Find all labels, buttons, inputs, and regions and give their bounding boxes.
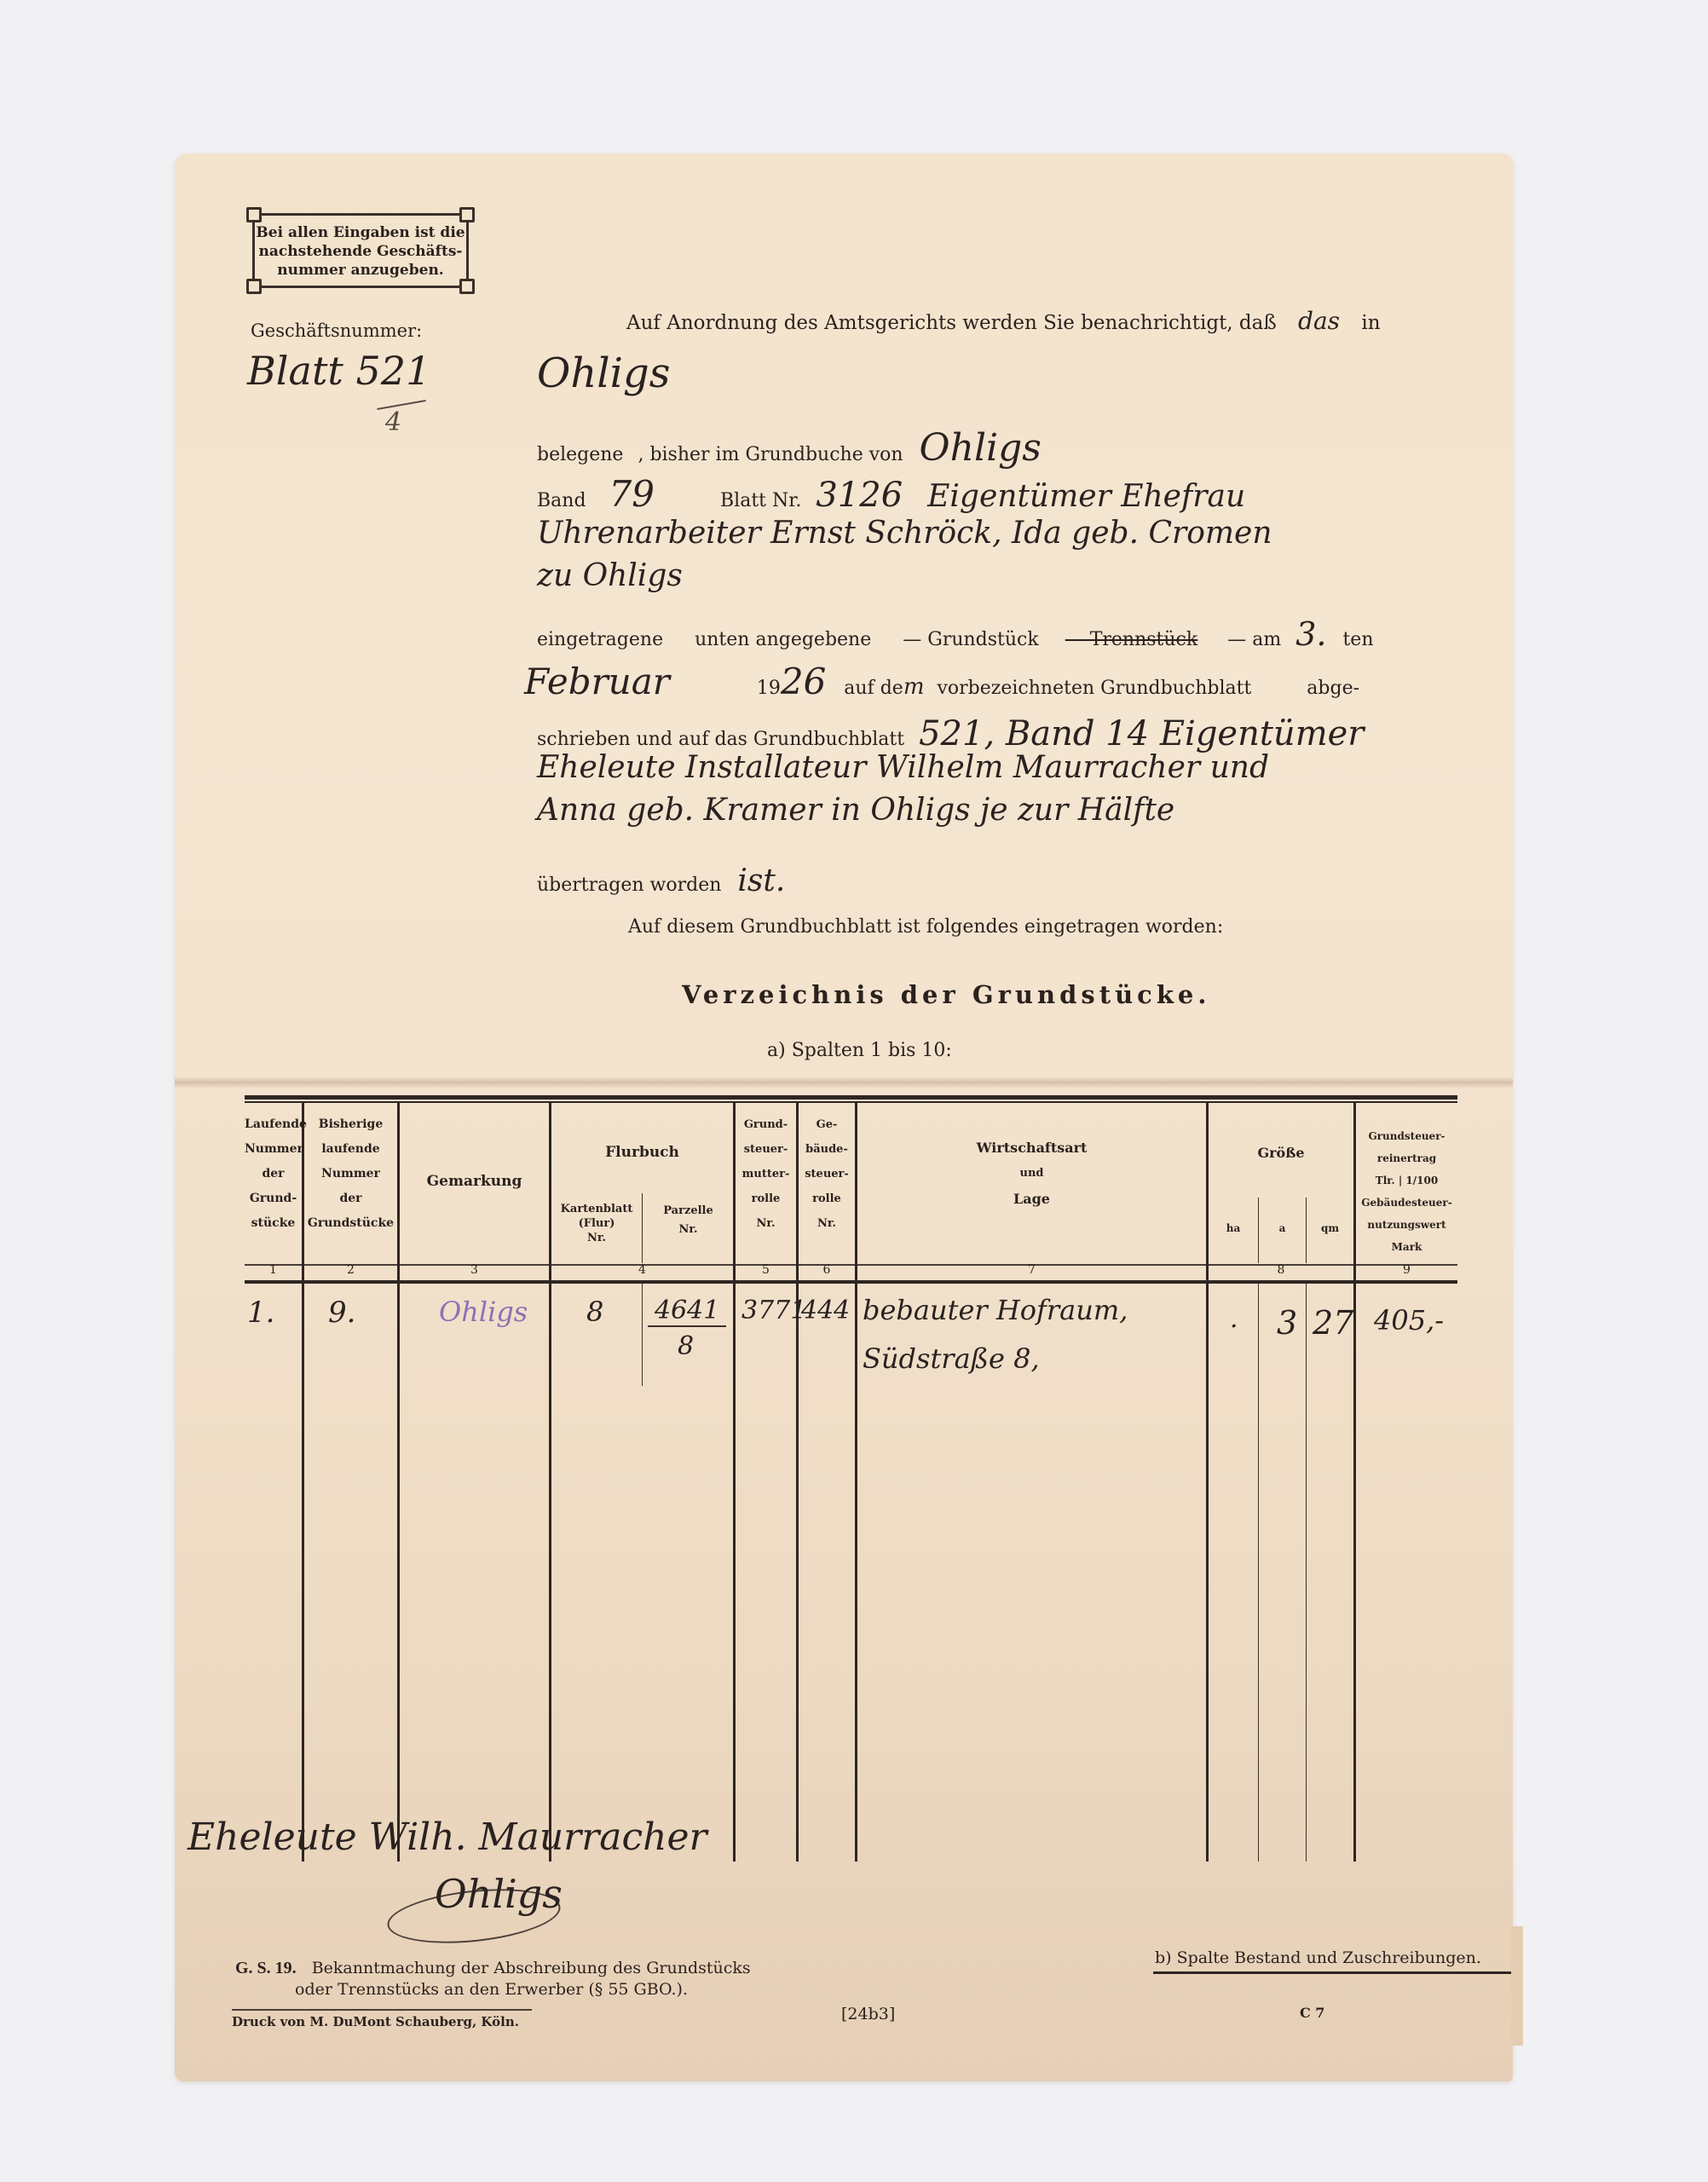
month-hand: Februar xyxy=(524,661,670,702)
header-text: der xyxy=(304,1186,397,1211)
header-kartenblatt: Kartenblatt (Flur) Nr. xyxy=(551,1202,642,1245)
form-code-block: G. S. 19.Bekanntmachung der Abschreibung… xyxy=(235,1958,751,2000)
column-number: 7 xyxy=(857,1263,1206,1277)
notice-line: nummer anzugeben. xyxy=(255,261,466,280)
printer-imprint: Druck von M. DuMont Schauberg, Köln. xyxy=(232,2014,519,2029)
form-code: G. S. 19. xyxy=(235,1959,297,1977)
cell-wirtschaftsart: bebauter Hofraum, xyxy=(863,1294,1128,1326)
auf-de-hand: m xyxy=(903,674,925,700)
header-a: a xyxy=(1259,1216,1306,1241)
form-reference: [24b3] xyxy=(841,2005,895,2023)
header-gebaeudesteuerrolle: Ge- bäude- steuer- rolle Nr. xyxy=(799,1112,855,1236)
eingetragene-line: eingetragene unten angegebene — Grundstü… xyxy=(537,615,1374,653)
column-divider xyxy=(397,1103,400,1862)
subcolumn-divider xyxy=(642,1193,643,1263)
header-text: (Flur) xyxy=(551,1216,642,1231)
grundbuch-hand: Ohligs xyxy=(920,426,1042,470)
header-text: Mark xyxy=(1356,1236,1457,1258)
table-rule xyxy=(245,1280,1457,1284)
header-text: bäude- xyxy=(799,1137,855,1162)
blatt-value: 3126 xyxy=(816,476,903,515)
header-text: Laufende xyxy=(245,1112,302,1137)
cell-a: 3 xyxy=(1277,1304,1297,1342)
form-title: Bekanntmachung der Abschreibung des Grun… xyxy=(312,1959,751,1977)
spalte-b-rule xyxy=(1153,1971,1511,1974)
header-flurbuch: Flurbuch xyxy=(551,1140,733,1165)
table-rule xyxy=(245,1101,1457,1103)
torn-edge xyxy=(1511,1926,1523,2046)
option-grundstueck: — Grundstück xyxy=(903,629,1038,650)
column-number: 6 xyxy=(799,1263,855,1277)
band-line: Band 79 Blatt Nr. 3126 Eigentümer Ehefra… xyxy=(537,473,1245,515)
year-print: 19 xyxy=(757,678,781,699)
cell-qm: 27 xyxy=(1313,1304,1353,1342)
abge-label: abge- xyxy=(1307,678,1359,699)
header-text: Nr. xyxy=(551,1231,642,1245)
form-title: oder Trennstücks an den Erwerber (§ 55 G… xyxy=(235,1979,751,2000)
column-number: 9 xyxy=(1356,1263,1457,1277)
box-corner xyxy=(246,207,262,222)
header-text: Nr. xyxy=(643,1221,733,1239)
blatt-label: Blatt Nr. xyxy=(720,490,801,511)
section-title: Verzeichnis der Grundstücke. xyxy=(682,980,1210,1009)
header-wirtschaftsart: Wirtschaftsart und Lage xyxy=(857,1135,1206,1212)
header-text: Nr. xyxy=(799,1211,855,1236)
notice-line: nachstehende Geschäfts- xyxy=(255,242,466,261)
vorbez-label: vorbezeichneten Grundbuchblatt xyxy=(937,678,1251,699)
header-text: Lage xyxy=(857,1186,1206,1212)
header-text: mutter- xyxy=(736,1162,796,1186)
eingetragen-line: Auf diesem Grundbuchblatt ist folgendes … xyxy=(628,916,1223,938)
box-corner xyxy=(459,279,475,294)
date-line: Februar 1926 auf dem vorbezeichneten Gru… xyxy=(524,661,1359,702)
spalte-b-label: b) Spalte Bestand und Zuschreibungen. xyxy=(1155,1948,1481,1967)
column-number: 2 xyxy=(304,1263,397,1277)
box-corner xyxy=(246,279,262,294)
column-number: 1 xyxy=(245,1263,302,1277)
header-laufende-nummer: Laufende Nummer der Grund- stücke xyxy=(245,1112,302,1236)
header-ertrag: Grundsteuer- reinertrag Tlr. | 1/100 Geb… xyxy=(1356,1125,1457,1258)
header-text: Parzelle xyxy=(643,1202,733,1221)
geschaeftsnummer-value: Blatt 521 xyxy=(247,348,430,394)
owner-hand: Uhrenarbeiter Ernst Schröck, Ida geb. Cr… xyxy=(537,516,1272,551)
header-text: Nummer xyxy=(245,1137,302,1162)
header-text: Ge- xyxy=(799,1112,855,1137)
new-owner-hand: Anna geb. Kramer in Ohligs je zur Hälfte xyxy=(537,793,1174,828)
uebertragen-hand: ist. xyxy=(737,863,785,898)
printer-rule xyxy=(232,2009,532,2011)
header-bisherige-nummer: Bisherige laufende Nummer der Grundstück… xyxy=(304,1112,397,1236)
cell-gebaeudesteuer: 444 xyxy=(801,1296,850,1325)
header-text: rolle xyxy=(799,1186,855,1211)
grundbuch-label: , bisher im Grundbuche von xyxy=(638,444,903,465)
header-text: Wirtschaftsart xyxy=(857,1135,1206,1161)
notice-box: Bei allen Eingaben ist die nachstehende … xyxy=(252,213,469,288)
header-text: Grundsteuer- xyxy=(1356,1125,1457,1147)
column-number: 8 xyxy=(1209,1263,1353,1277)
new-owner-hand: Eheleute Installateur Wilhelm Maurracher… xyxy=(537,750,1269,785)
subcolumn-divider xyxy=(1306,1284,1307,1862)
band-label: Band xyxy=(537,490,586,511)
header-qm: qm xyxy=(1307,1216,1353,1241)
cell-bisherige-nr: 9. xyxy=(328,1296,355,1330)
header-text: Nr. xyxy=(736,1211,796,1236)
header-text: laufende xyxy=(304,1137,397,1162)
geschaeftsnummer-sub: 4 xyxy=(385,407,401,437)
intro-text: Auf Anordnung des Amtsgerichts werden Si… xyxy=(626,312,1277,334)
paper-fold xyxy=(175,1077,1513,1088)
column-number: 3 xyxy=(400,1263,549,1277)
eingetragene-label: eingetragene xyxy=(537,629,663,650)
header-text: steuer- xyxy=(736,1137,796,1162)
am-label: — am xyxy=(1227,629,1281,650)
signature-place: Ohligs xyxy=(435,1871,563,1917)
owner-hand: zu Ohligs xyxy=(537,558,683,593)
cell-parzelle: 4641 xyxy=(648,1296,726,1327)
location-hand: Ohligs xyxy=(537,349,670,397)
cell-laufende-nr: 1. xyxy=(247,1296,274,1330)
header-grundsteuermutterrolle: Grund- steuer- mutter- rolle Nr. xyxy=(736,1112,796,1236)
new-blatt-hand: 521, Band 14 Eigentümer xyxy=(919,714,1364,753)
unten-label: unten angegebene xyxy=(695,629,871,650)
schrieben-line: schrieben und auf das Grundbuchblatt 521… xyxy=(537,714,1364,753)
header-parzelle: Parzelle Nr. xyxy=(643,1202,733,1239)
notice-line: Bei allen Eingaben ist die xyxy=(255,223,466,242)
table-rule xyxy=(245,1095,1457,1100)
header-text: nutzungswert xyxy=(1356,1214,1457,1236)
header-groesse: Größe xyxy=(1209,1140,1353,1165)
cell-grundsteuer: 3771 xyxy=(741,1296,806,1325)
cell-ha: . xyxy=(1230,1304,1238,1334)
subcolumn-divider xyxy=(1258,1284,1259,1862)
header-text: Tlr. | 1/100 xyxy=(1356,1169,1457,1192)
section-subtitle: a) Spalten 1 bis 10: xyxy=(767,1040,952,1061)
intro-line-1: Auf Anordnung des Amtsgerichts werden Si… xyxy=(626,307,1381,335)
uebertragen-label: übertragen worden xyxy=(537,875,721,896)
header-text: reinertrag xyxy=(1356,1147,1457,1169)
subcolumn-divider xyxy=(642,1284,643,1386)
cell-parzelle-sub: 8 xyxy=(678,1331,694,1361)
column-divider xyxy=(855,1103,857,1862)
header-gemarkung: Gemarkung xyxy=(400,1169,549,1194)
header-text: Grund- xyxy=(736,1112,796,1137)
belegene-label: belegene xyxy=(537,444,623,465)
header-text: der xyxy=(245,1162,302,1186)
geschaeftsnummer-label: Geschäftsnummer: xyxy=(251,320,422,341)
header-text: Gebäudesteuer- xyxy=(1356,1192,1457,1214)
year-hand: 26 xyxy=(781,661,826,702)
band-value: 79 xyxy=(609,473,655,515)
header-text: rolle xyxy=(736,1186,796,1211)
uebertragen-line: übertragen worden ist. xyxy=(537,863,785,898)
header-text: steuer- xyxy=(799,1162,855,1186)
header-ha: ha xyxy=(1209,1216,1258,1241)
column-number: 5 xyxy=(736,1263,796,1277)
cell-lage: Südstraße 8, xyxy=(863,1342,1040,1375)
owner-hand: Eigentümer Ehefrau xyxy=(927,479,1245,514)
signature-line: Eheleute Wilh. Maurracher xyxy=(188,1815,707,1859)
header-text: Kartenblatt xyxy=(551,1202,642,1216)
intro-line-2: belegene , bisher im Grundbuche von Ohli… xyxy=(537,426,1042,470)
box-corner xyxy=(459,207,475,222)
header-text: Grundstücke xyxy=(304,1211,397,1236)
header-text: und xyxy=(857,1161,1206,1186)
header-text: Bisherige xyxy=(304,1112,397,1137)
schrieben-label: schrieben und auf das Grundbuchblatt xyxy=(537,729,904,750)
day-hand: 3. xyxy=(1295,615,1326,653)
ten-label: ten xyxy=(1342,629,1373,650)
header-text: Nummer xyxy=(304,1162,397,1186)
form-mark: C 7 xyxy=(1300,2005,1324,2021)
cell-gemarkung-stamp: Ohligs xyxy=(439,1296,528,1328)
hand-das: das xyxy=(1298,307,1340,335)
cell-wert: 405,- xyxy=(1374,1304,1444,1336)
option-trennstueck: — Trennstück xyxy=(1065,629,1198,650)
header-text: Grund- xyxy=(245,1186,302,1211)
header-text: stücke xyxy=(245,1211,302,1236)
cell-kartenblatt: 8 xyxy=(586,1296,603,1328)
auf-de-label: auf de xyxy=(844,678,903,699)
column-number: 4 xyxy=(551,1263,733,1277)
intro-in: in xyxy=(1361,312,1380,334)
